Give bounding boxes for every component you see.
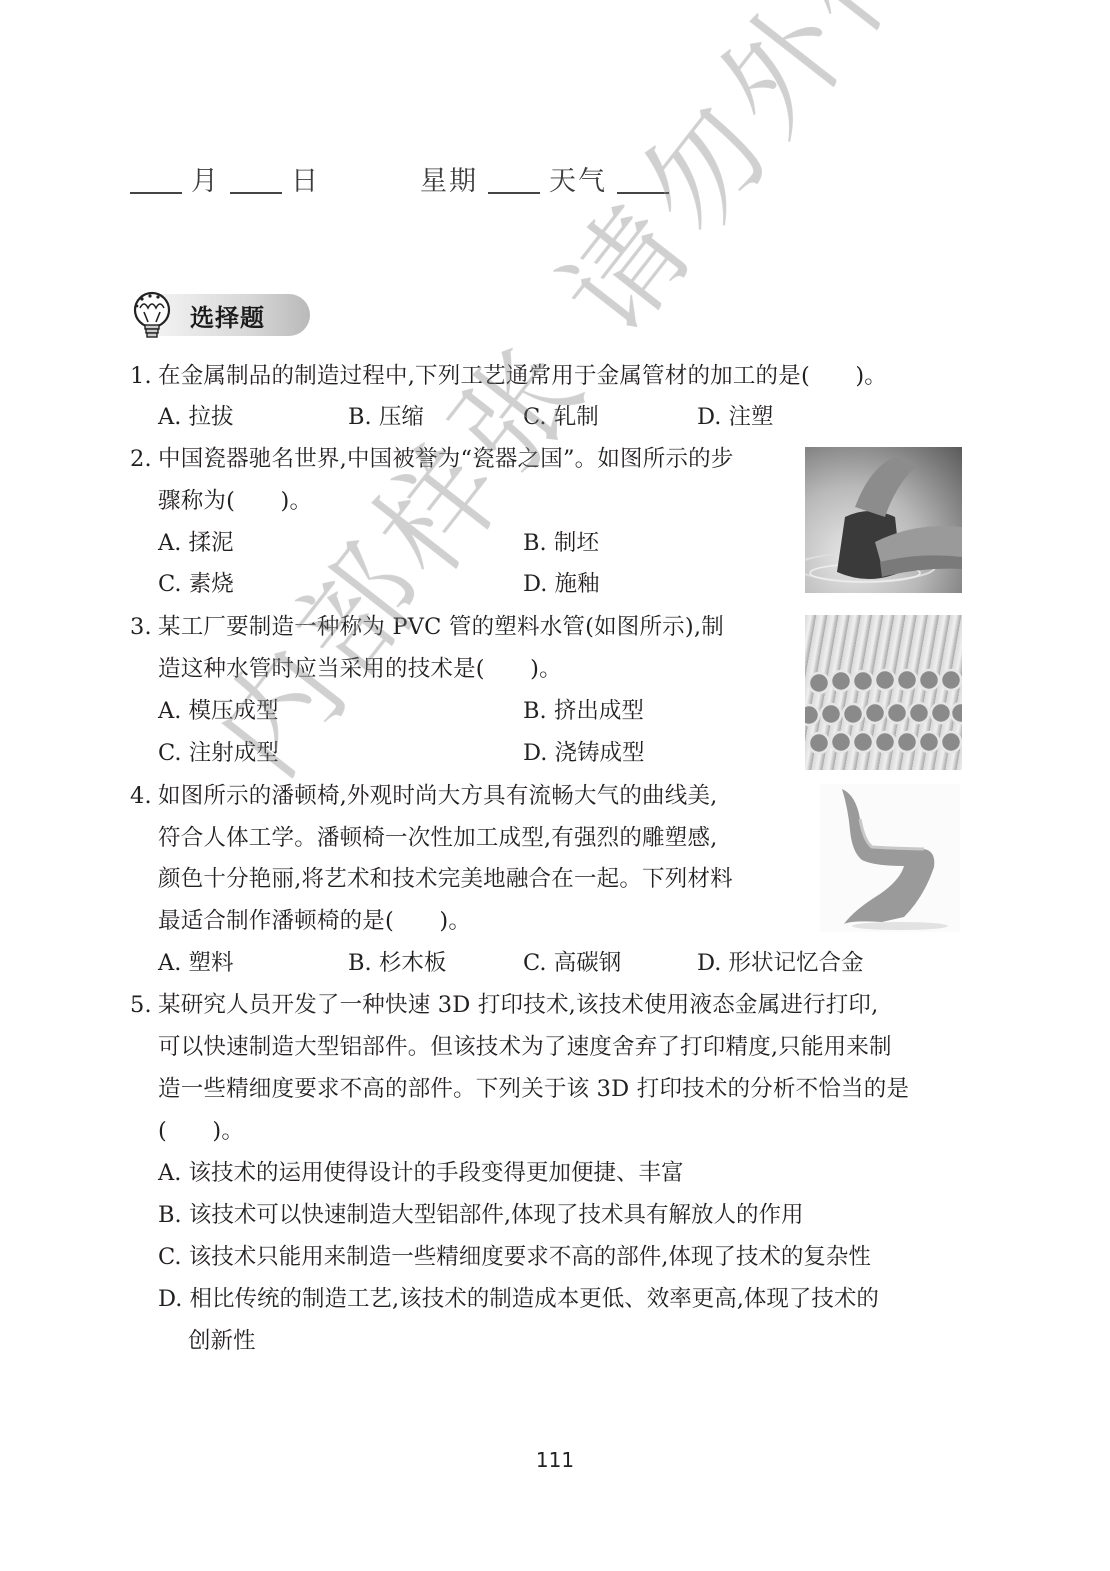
question-2-stem-line-1: 中国瓷器驰名世界,中国被誉为“瓷器之国”。如图所示的步: [158, 444, 734, 474]
page-number: 111: [0, 1448, 1110, 1472]
question-4-stem-line-1: 如图所示的潘顿椅,外观时尚大方具有流畅大气的曲线美,: [158, 781, 718, 811]
question-5-stem-line-4: ( )。: [158, 1116, 244, 1146]
question-2-option-a[interactable]: A. 揉泥: [158, 528, 234, 558]
question-5-number: 5.: [130, 990, 152, 1020]
weekday-blank[interactable]: [488, 162, 540, 194]
section-banner: 选择题: [128, 290, 314, 342]
question-2-number: 2.: [130, 444, 152, 474]
month-label: 月: [191, 159, 220, 198]
question-1-stem: 在金属制品的制造过程中,下列工艺通常用于金属管材的加工的是( )。: [158, 361, 887, 391]
question-5-stem-line-1: 某研究人员开发了一种快速 3D 打印技术,该技术使用液态金属进行打印,: [158, 990, 878, 1020]
question-5-option-d[interactable]: D. 相比传统的制造工艺,该技术的制造成本更低、效率更高,体现了技术的: [158, 1284, 879, 1314]
pottery-wheel-hands-photo: [805, 447, 962, 593]
pvc-pipes-photo: [805, 615, 962, 770]
question-3-number: 3.: [130, 612, 152, 642]
question-5-option-d-continuation: 创新性: [188, 1326, 256, 1356]
question-4-option-b[interactable]: B. 杉木板: [348, 948, 446, 978]
question-4-option-d[interactable]: D. 形状记忆合金: [697, 948, 864, 978]
question-2-stem-line-2: 骤称为( )。: [158, 486, 312, 516]
section-title: 选择题: [190, 298, 265, 333]
question-3-stem-line-1: 某工厂要制造一种称为 PVC 管的塑料水管(如图所示),制: [158, 612, 724, 642]
question-4-stem-line-4: 最适合制作潘顿椅的是( )。: [158, 906, 471, 936]
day-label: 日: [291, 159, 320, 198]
panton-chair-photo: [820, 784, 960, 932]
question-4-stem-line-2: 符合人体工学。潘顿椅一次性加工成型,有强烈的雕塑感,: [158, 823, 718, 853]
question-5-option-a[interactable]: A. 该技术的运用使得设计的手段变得更加便捷、丰富: [158, 1158, 684, 1188]
question-3-option-a[interactable]: A. 模压成型: [158, 696, 279, 726]
lightbulb-icon: [128, 290, 178, 344]
question-1-option-b[interactable]: B. 压缩: [348, 402, 424, 432]
question-5-stem-line-3: 造一些精细度要求不高的部件。下列关于该 3D 打印技术的分析不恰当的是: [158, 1074, 909, 1104]
question-5-option-b[interactable]: B. 该技术可以快速制造大型铝部件,体现了技术具有解放人的作用: [158, 1200, 804, 1230]
question-5-option-c[interactable]: C. 该技术只能用来制造一些精细度要求不高的部件,体现了技术的复杂性: [158, 1242, 871, 1272]
question-1-option-a[interactable]: A. 拉拔: [158, 402, 234, 432]
weather-blank[interactable]: [617, 162, 669, 194]
question-2-option-c[interactable]: C. 素烧: [158, 569, 234, 599]
question-4-number: 4.: [130, 781, 152, 811]
day-blank[interactable]: [230, 162, 282, 194]
question-3-option-b[interactable]: B. 挤出成型: [523, 696, 644, 726]
weather-label: 天气: [549, 159, 607, 198]
question-5-stem-line-2: 可以快速制造大型铝部件。但该技术为了速度舍弃了打印精度,只能用来制: [158, 1032, 892, 1062]
question-1-option-d[interactable]: D. 注塑: [697, 402, 774, 432]
question-3-option-d[interactable]: D. 浇铸成型: [523, 738, 645, 768]
question-2-option-b[interactable]: B. 制坯: [523, 528, 599, 558]
question-4-option-a[interactable]: A. 塑料: [158, 948, 234, 978]
question-4-option-c[interactable]: C. 高碳钢: [523, 948, 621, 978]
question-3-stem-line-2: 造这种水管时应当采用的技术是( )。: [158, 654, 562, 684]
weekday-label: 星期: [420, 159, 478, 198]
question-1-option-c[interactable]: C. 轧制: [523, 402, 599, 432]
question-1-number: 1.: [130, 361, 152, 391]
month-blank[interactable]: [130, 162, 182, 194]
question-2-option-d[interactable]: D. 施釉: [523, 569, 600, 599]
question-4-stem-line-3: 颜色十分艳丽,将艺术和技术完美地融合在一起。下列材料: [158, 864, 733, 894]
question-3-option-c[interactable]: C. 注射成型: [158, 738, 279, 768]
date-weather-header: 月 日 星期 天气: [130, 158, 678, 198]
